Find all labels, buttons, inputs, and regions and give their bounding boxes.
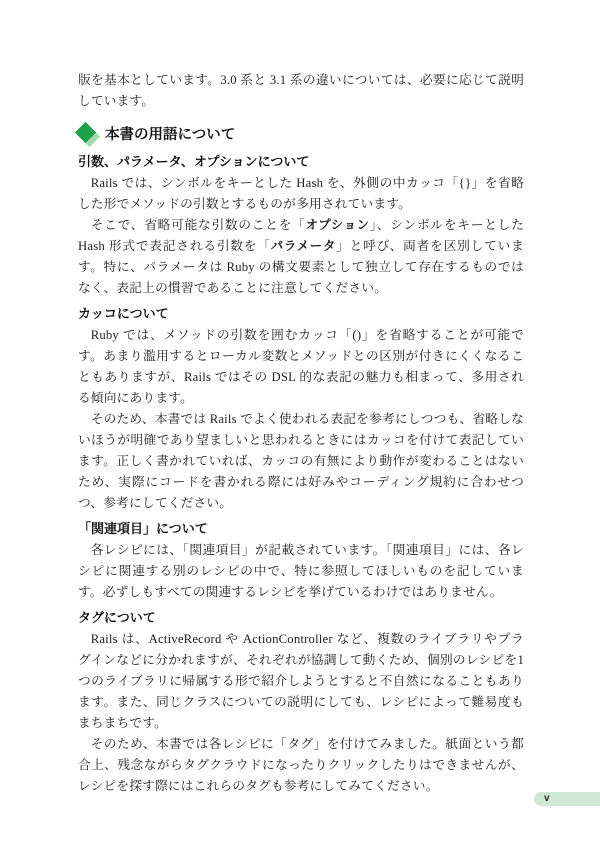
page-number-pill: v [534,792,600,806]
page-number: v [544,792,550,806]
page-content: 版を基本としています。3.0 系と 3.1 系の違いについては、必要に応じて説明… [78,70,524,797]
paragraph: そのため、本書では Rails でよく使われる表記を参考にしつつも、省略しないほ… [78,409,524,514]
bold-term: オプション [306,218,370,232]
sections-container: 引数、パラメータ、オプションについてRails では、シンボルをキーとした Ha… [78,152,524,797]
text-run: そのため、本書では Rails でよく使われる表記を参考にしつつも、省略しないほ… [78,412,524,510]
text-run: 各レシピには、「関連項目」が記載されています。「関連項目」には、各レシピに関連す… [78,543,524,599]
bold-term: パラメータ [271,239,336,253]
paragraph: そのため、本書では各レシピに「タグ」を付けてみました。紙面という都合上、残念なが… [78,734,524,797]
text-run: そのため、本書では各レシピに「タグ」を付けてみました。紙面という都合上、残念なが… [78,737,524,793]
section-heading: カッコについて [78,304,524,324]
text-run: Rails は、ActiveRecord や ActionController … [78,632,524,730]
paragraph: Ruby では、メソッドの引数を囲むカッコ「()」を省略することが可能です。あま… [78,325,524,409]
section-heading: 引数、パラメータ、オプションについて [78,152,524,172]
section-heading: タグについて [78,608,524,628]
section: 引数、パラメータ、オプションについてRails では、シンボルをキーとした Ha… [78,152,524,299]
section: 「関連項目」について各レシピには、「関連項目」が記載されています。「関連項目」に… [78,519,524,603]
book-page: 版を基本としています。3.0 系と 3.1 系の違いについては、必要に応じて説明… [0,0,600,841]
intro-paragraph: 版を基本としています。3.0 系と 3.1 系の違いについては、必要に応じて説明… [78,70,524,112]
main-heading-text: 本書の用語について [105,123,235,147]
section: カッコについてRuby では、メソッドの引数を囲むカッコ「()」を省略することが… [78,304,524,514]
section-heading: 「関連項目」について [78,519,524,539]
text-run: Rails では、シンボルをキーとした Hash を、外側の中カッコ「{}」を省… [78,176,524,211]
text-run: そこで、省略可能な引数のことを「 [91,218,306,232]
text-run: Ruby では、メソッドの引数を囲むカッコ「()」を省略することが可能です。あま… [78,328,524,405]
section: タグについてRails は、ActiveRecord や ActionContr… [78,608,524,797]
paragraph: Rails では、シンボルをキーとした Hash を、外側の中カッコ「{}」を省… [78,173,524,215]
diamond-icon [76,123,100,147]
main-section-heading: 本書の用語について [76,123,524,147]
paragraph: Rails は、ActiveRecord や ActionController … [78,629,524,734]
paragraph: 各レシピには、「関連項目」が記載されています。「関連項目」には、各レシピに関連す… [78,540,524,603]
paragraph: そこで、省略可能な引数のことを「オプション」、シンボルをキーとした Hash 形… [78,215,524,299]
